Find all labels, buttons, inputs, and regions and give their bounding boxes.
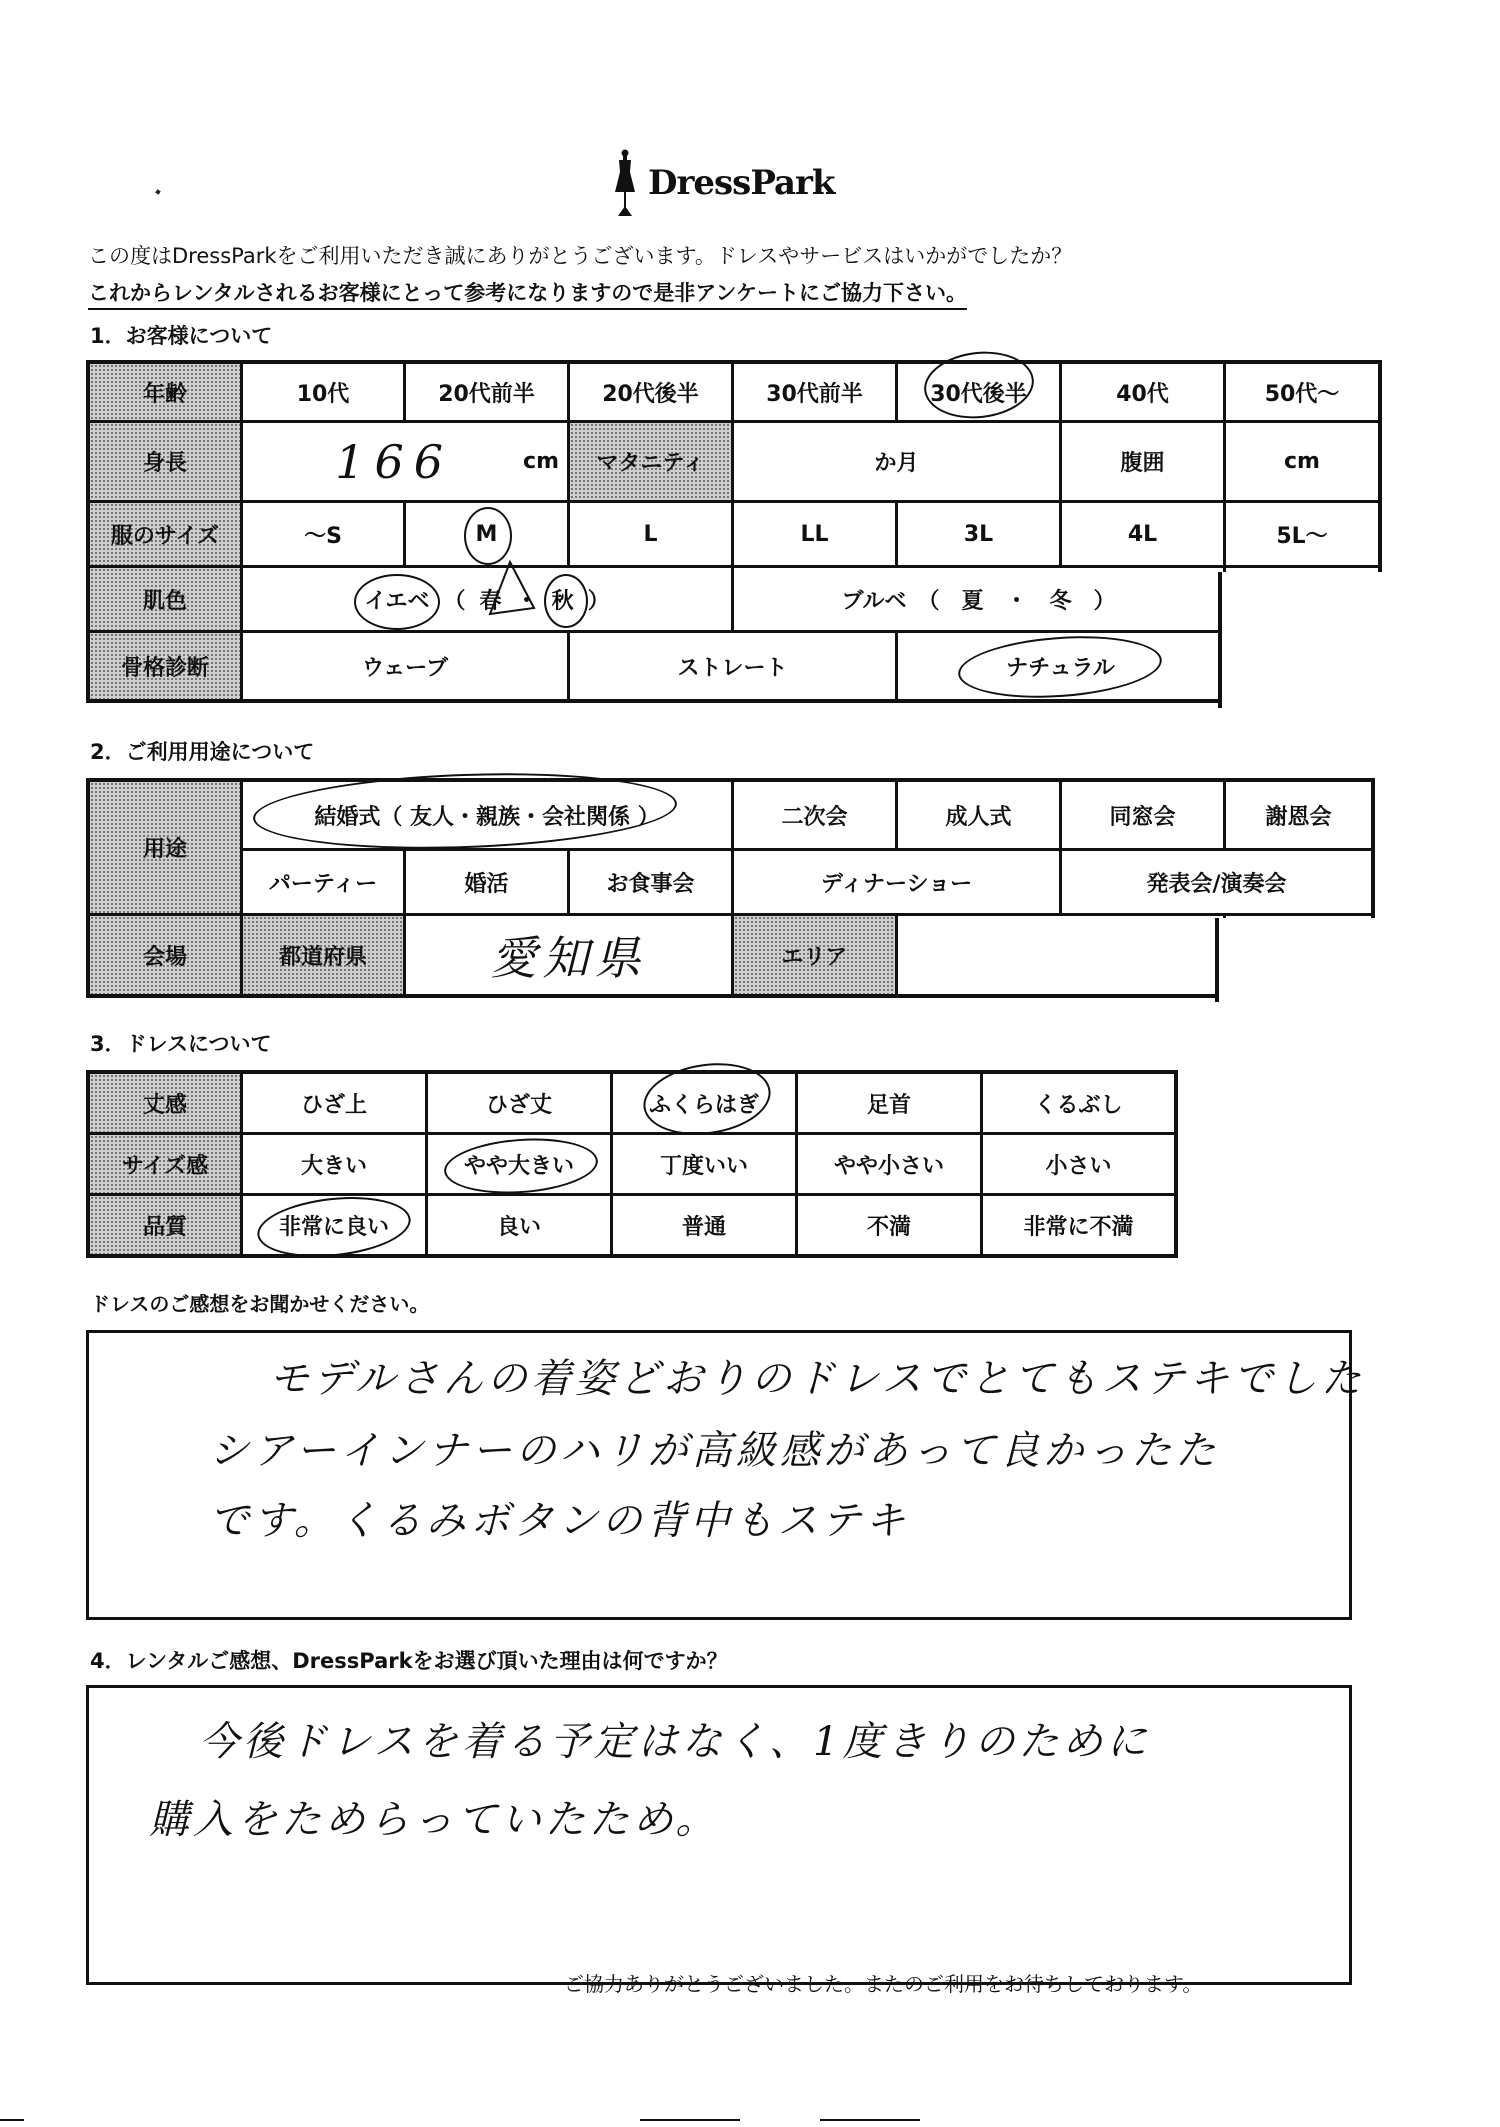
age-option-early-20s[interactable]: 20代前半 xyxy=(406,364,567,420)
fit-slightly-small[interactable]: やや小さい xyxy=(798,1135,980,1193)
quality-good[interactable]: 良い xyxy=(428,1196,610,1254)
dress-mannequin-icon xyxy=(612,148,638,218)
size-option-ll[interactable]: LL xyxy=(734,503,895,565)
section4-title: 4．レンタルご感想、DressParkをお選び頂いた理由は何ですか？ xyxy=(90,1645,728,1675)
size-option-5l-plus[interactable]: 5L～ xyxy=(1226,503,1378,565)
height-unit: cm xyxy=(523,449,559,474)
purpose-dinner[interactable]: お食事会 xyxy=(570,851,731,913)
purpose-party[interactable]: パーティー xyxy=(243,851,403,913)
prefecture-header: 都道府県 xyxy=(243,916,403,994)
length-calf-selected[interactable]: ふくらはぎ xyxy=(613,1074,795,1132)
comment-line-2: シアーインナーのハリが高級感があって良かったた xyxy=(209,1419,1219,1476)
size-option-s[interactable]: ～S xyxy=(243,503,403,565)
brand-logo: DressPark xyxy=(612,148,834,218)
height-value: 166 xyxy=(335,435,453,489)
purpose-dinner-show[interactable]: ディナーショー xyxy=(734,851,1059,913)
age-option-late-20s[interactable]: 20代後半 xyxy=(570,364,731,420)
section2-title: 2．ご利用用途について xyxy=(90,736,314,766)
venue-header: 会場 xyxy=(90,916,240,994)
size-option-4l[interactable]: 4L xyxy=(1062,503,1223,565)
scan-speck xyxy=(155,189,160,194)
length-ankle[interactable]: 足首 xyxy=(798,1074,980,1132)
scan-artifact xyxy=(640,2119,740,2121)
length-knee[interactable]: ひざ丈 xyxy=(428,1074,610,1132)
purpose-after-party[interactable]: 二次会 xyxy=(734,782,895,848)
section3-title: 3．ドレスについて xyxy=(90,1028,272,1058)
table-edge-mask xyxy=(1218,572,1392,708)
dress-evaluation-table: 丈感 ひざ上 ひざ丈 ふくらはぎ 足首 くるぶし サイズ感 大きい やや大きい … xyxy=(86,1070,1178,1258)
spring-option-marked[interactable]: 春 xyxy=(480,584,502,615)
answer-line-2: 購入をためらっていたため。 xyxy=(149,1788,719,1845)
purpose-konkatsu[interactable]: 婚活 xyxy=(406,851,567,913)
purpose-coming-of-age[interactable]: 成人式 xyxy=(898,782,1059,848)
intro-request-text: これからレンタルされるお客様にとって参考になりますので是非アンケートにご協力下さ… xyxy=(88,277,967,310)
maternity-header: マタニティ xyxy=(570,423,731,500)
age-option-50s-plus[interactable]: 50代～ xyxy=(1226,364,1378,420)
age-option-40s[interactable]: 40代 xyxy=(1062,364,1223,420)
purpose-header: 用途 xyxy=(90,782,240,913)
yellow-base-option[interactable]: イエベ （ 春 ・ 秋 ） xyxy=(243,568,731,630)
fit-small[interactable]: 小さい xyxy=(983,1135,1174,1193)
frame-option-wave[interactable]: ウェーブ xyxy=(243,633,567,699)
footer-thanks: ご協力ありがとうございました。またのご利用をお待ちしております。 xyxy=(564,1968,1202,1997)
table-edge-mask xyxy=(1215,918,1389,1002)
quality-average[interactable]: 普通 xyxy=(613,1196,795,1254)
waist-field[interactable]: cm xyxy=(1226,423,1378,500)
length-above-knee[interactable]: ひざ上 xyxy=(243,1074,425,1132)
prefecture-field[interactable]: 愛知県 xyxy=(406,916,731,994)
comment-line-3: です。くるみボタンの背中もステキ xyxy=(209,1489,909,1546)
waist-unit: cm xyxy=(1284,449,1320,474)
size-option-3l[interactable]: 3L xyxy=(898,503,1059,565)
fit-slightly-large-selected[interactable]: やや大きい xyxy=(428,1135,610,1193)
fit-large[interactable]: 大きい xyxy=(243,1135,425,1193)
comment-line-1: モデルさんの着姿どおりのドレスでとてもステキでした xyxy=(269,1347,1365,1404)
purpose-wedding-selected[interactable]: 結婚式（ 友人・親族・会社関係 ） xyxy=(243,782,731,848)
table-corner xyxy=(1218,699,1222,703)
area-field[interactable] xyxy=(898,916,1223,994)
age-option-10s[interactable]: 10代 xyxy=(243,364,403,420)
dress-comment-prompt: ドレスのご感想をお聞かせください。 xyxy=(90,1288,429,1317)
intro-text: この度はDressParkをご利用いただき誠にありがとうございます。ドレスやサー… xyxy=(88,240,1072,270)
purpose-recital[interactable]: 発表会/演奏会 xyxy=(1062,851,1371,913)
dress-comment-box[interactable]: モデルさんの着姿どおりのドレスでとてもステキでした シアーインナーのハリが高級感… xyxy=(86,1330,1352,1620)
quality-very-good-selected[interactable]: 非常に良い xyxy=(243,1196,425,1254)
maternity-unit: か月 xyxy=(874,446,918,477)
autumn-option-selected[interactable]: 秋 xyxy=(552,584,574,615)
prefecture-value: 愛知県 xyxy=(491,922,647,988)
blue-base-option[interactable]: ブルベ （ 夏 ・ 冬 ） xyxy=(734,568,1223,630)
age-option-early-30s[interactable]: 30代前半 xyxy=(734,364,895,420)
triangle-mark-icon xyxy=(486,560,538,616)
purpose-reunion[interactable]: 同窓会 xyxy=(1062,782,1223,848)
usage-table: 用途 結婚式（ 友人・親族・会社関係 ） 二次会 成人式 同窓会 謝恩会 パーテ… xyxy=(86,778,1375,998)
length-anklebone[interactable]: くるぶし xyxy=(983,1074,1174,1132)
scan-artifact xyxy=(820,2119,920,2121)
purpose-thank-you-party[interactable]: 謝恩会 xyxy=(1226,782,1371,848)
waist-label: 腹囲 xyxy=(1062,423,1223,500)
quality-header: 品質 xyxy=(90,1196,240,1254)
fit-just-right[interactable]: 丁度いい xyxy=(613,1135,795,1193)
height-field[interactable]: 166 cm xyxy=(243,423,567,500)
size-option-l[interactable]: L xyxy=(570,503,731,565)
customer-info-table: 年齢 10代 20代前半 20代後半 30代前半 30代後半 40代 50代～ … xyxy=(86,360,1382,703)
height-header: 身長 xyxy=(90,423,240,500)
answer-line-1: 今後ドレスを着る予定はなく、1度きりのために xyxy=(199,1710,1150,1767)
quality-very-dissatisfied[interactable]: 非常に不満 xyxy=(983,1196,1174,1254)
quality-dissatisfied[interactable]: 不満 xyxy=(798,1196,980,1254)
fit-header: サイズ感 xyxy=(90,1135,240,1193)
rental-reason-box[interactable]: 今後ドレスを着る予定はなく、1度きりのために 購入をためらっていたため。 xyxy=(86,1685,1352,1985)
yellow-base-selected[interactable]: イエベ xyxy=(364,584,429,615)
brand-name: DressPark xyxy=(648,163,834,203)
size-header: 服のサイズ xyxy=(90,503,240,565)
maternity-months-field[interactable]: か月 xyxy=(734,423,1059,500)
scan-artifact xyxy=(0,2119,24,2121)
skin-tone-header: 肌色 xyxy=(90,568,240,630)
size-option-m-selected[interactable]: M xyxy=(406,503,567,565)
section1-title: 1．お客様について xyxy=(90,320,272,350)
length-header: 丈感 xyxy=(90,1074,240,1132)
frame-option-straight[interactable]: ストレート xyxy=(570,633,895,699)
age-header: 年齢 xyxy=(90,364,240,420)
frame-option-natural-selected[interactable]: ナチュラル xyxy=(898,633,1223,699)
area-header: エリア xyxy=(734,916,895,994)
body-frame-header: 骨格診断 xyxy=(90,633,240,699)
age-option-late-30s-selected[interactable]: 30代後半 xyxy=(898,364,1059,420)
